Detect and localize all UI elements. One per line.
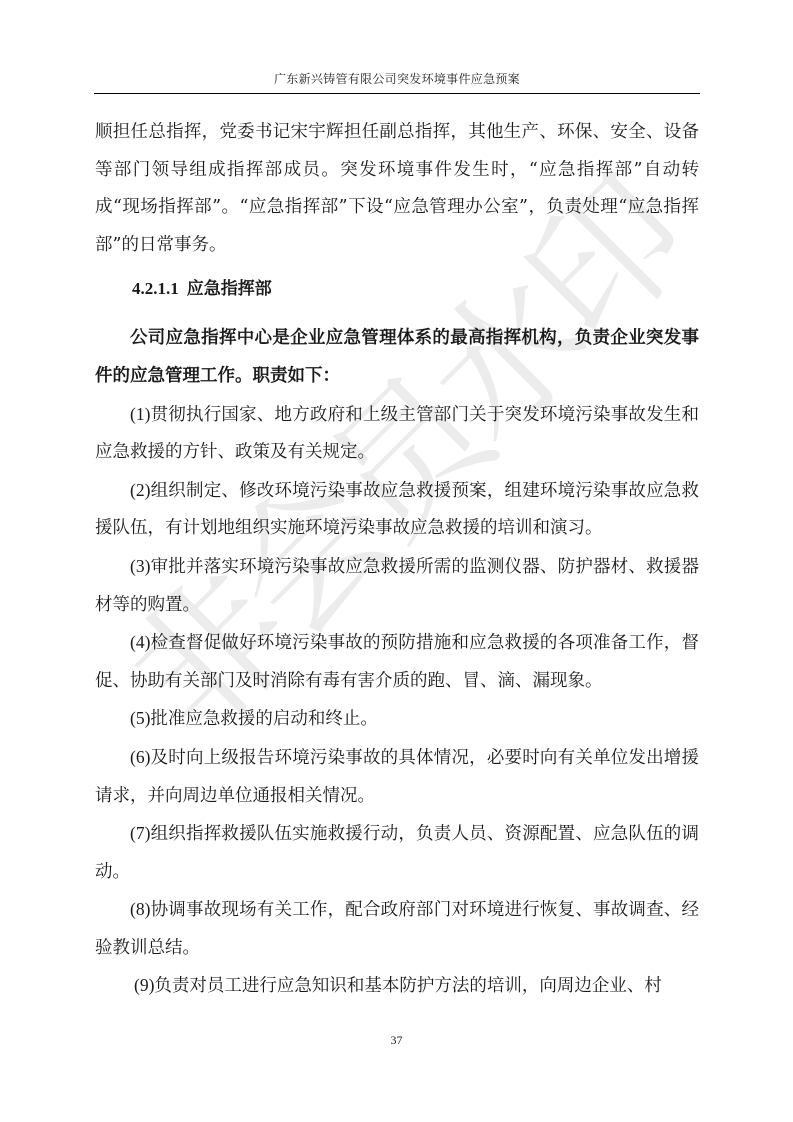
list-item: (6)及时向上级报告环境污染事故的具体情况，必要时向有关单位发出增援请求，并向周… [95, 739, 699, 815]
document-title: 广东新兴铸管有限公司突发环境事件应急预案 [274, 72, 520, 86]
item-text: 组织指挥救援队伍实施救援行动，负责人员、资源配置、应急队伍的调动。 [95, 824, 699, 882]
list-item: (5)批准应急救援的启动和终止。 [95, 700, 699, 739]
list-item: (7)组织指挥救援队伍实施救援行动，负责人员、资源配置、应急队伍的调动。 [95, 815, 699, 891]
item-index: (8) [130, 899, 150, 919]
item-index: (1) [130, 404, 150, 424]
item-text: 批准应急救援的启动和终止。 [150, 709, 378, 729]
item-index: (6) [130, 747, 150, 767]
bold-paragraph: 公司应急指挥中心是企业应急管理体系的最高指挥机构，负责企业突发事件的应急管理工作… [95, 320, 699, 395]
item-index: (4) [130, 632, 150, 652]
item-index: (7) [130, 823, 150, 843]
item-text: 审批并落实环境污染事故应急救援所需的监测仪器、防护器材、救援器材等的购置。 [95, 557, 699, 615]
item-index: (3) [130, 556, 150, 576]
section-number: 4.2.1.1 [132, 279, 179, 298]
list-item: (1)贯彻执行国家、地方政府和上级主管部门关于突发环境污染事故发生和应急救援的方… [95, 396, 699, 472]
item-index: (9) [134, 975, 154, 995]
item-index: (5) [130, 708, 150, 728]
item-text: 检查督促做好环境污染事故的预防措施和应急救援的各项准备工作，督促、协助有关部门及… [95, 633, 699, 691]
list-item: (9)负责对员工进行应急知识和基本防护方法的培训，向周边企业、村 [95, 967, 699, 1006]
list-item: (8)协调事故现场有关工作，配合政府部门对环境进行恢复、事故调查、经验教训总结。 [95, 891, 699, 967]
intro-paragraph: 顺担任总指挥，党委书记宋宇辉担任副总指挥，其他生产、环保、安全、设备等部门领导组… [95, 114, 699, 264]
item-text: 协调事故现场有关工作，配合政府部门对环境进行恢复、事故调查、经验教训总结。 [95, 900, 699, 958]
list-item: (2)组织制定、修改环境污染事故应急救援预案，组建环境污染事故应急救援队伍，有计… [95, 472, 699, 548]
item-text: 及时向上级报告环境污染事故的具体情况，必要时向有关单位发出增援请求，并向周边单位… [95, 748, 699, 806]
list-item: (4)检查督促做好环境污染事故的预防措施和应急救援的各项准备工作，督促、协助有关… [95, 624, 699, 700]
item-index: (2) [130, 480, 150, 500]
document-body: 顺担任总指挥，党委书记宋宇辉担任副总指挥，其他生产、环保、安全、设备等部门领导组… [95, 114, 699, 1006]
page-number: 37 [0, 1033, 793, 1048]
section-title: 应急指挥部 [187, 279, 272, 299]
item-text: 贯彻执行国家、地方政府和上级主管部门关于突发环境污染事故发生和应急救援的方针、政… [95, 405, 699, 463]
item-text: 负责对员工进行应急知识和基本防护方法的培训，向周边企业、村 [154, 976, 662, 996]
item-text: 组织制定、修改环境污染事故应急救援预案，组建环境污染事故应急救援队伍，有计划地组… [95, 481, 699, 539]
section-heading: 4.2.1.1应急指挥部 [95, 270, 699, 308]
list-item: (3)审批并落实环境污染事故应急救援所需的监测仪器、防护器材、救援器材等的购置。 [95, 548, 699, 624]
page-header: 广东新兴铸管有限公司突发环境事件应急预案 [94, 70, 700, 94]
